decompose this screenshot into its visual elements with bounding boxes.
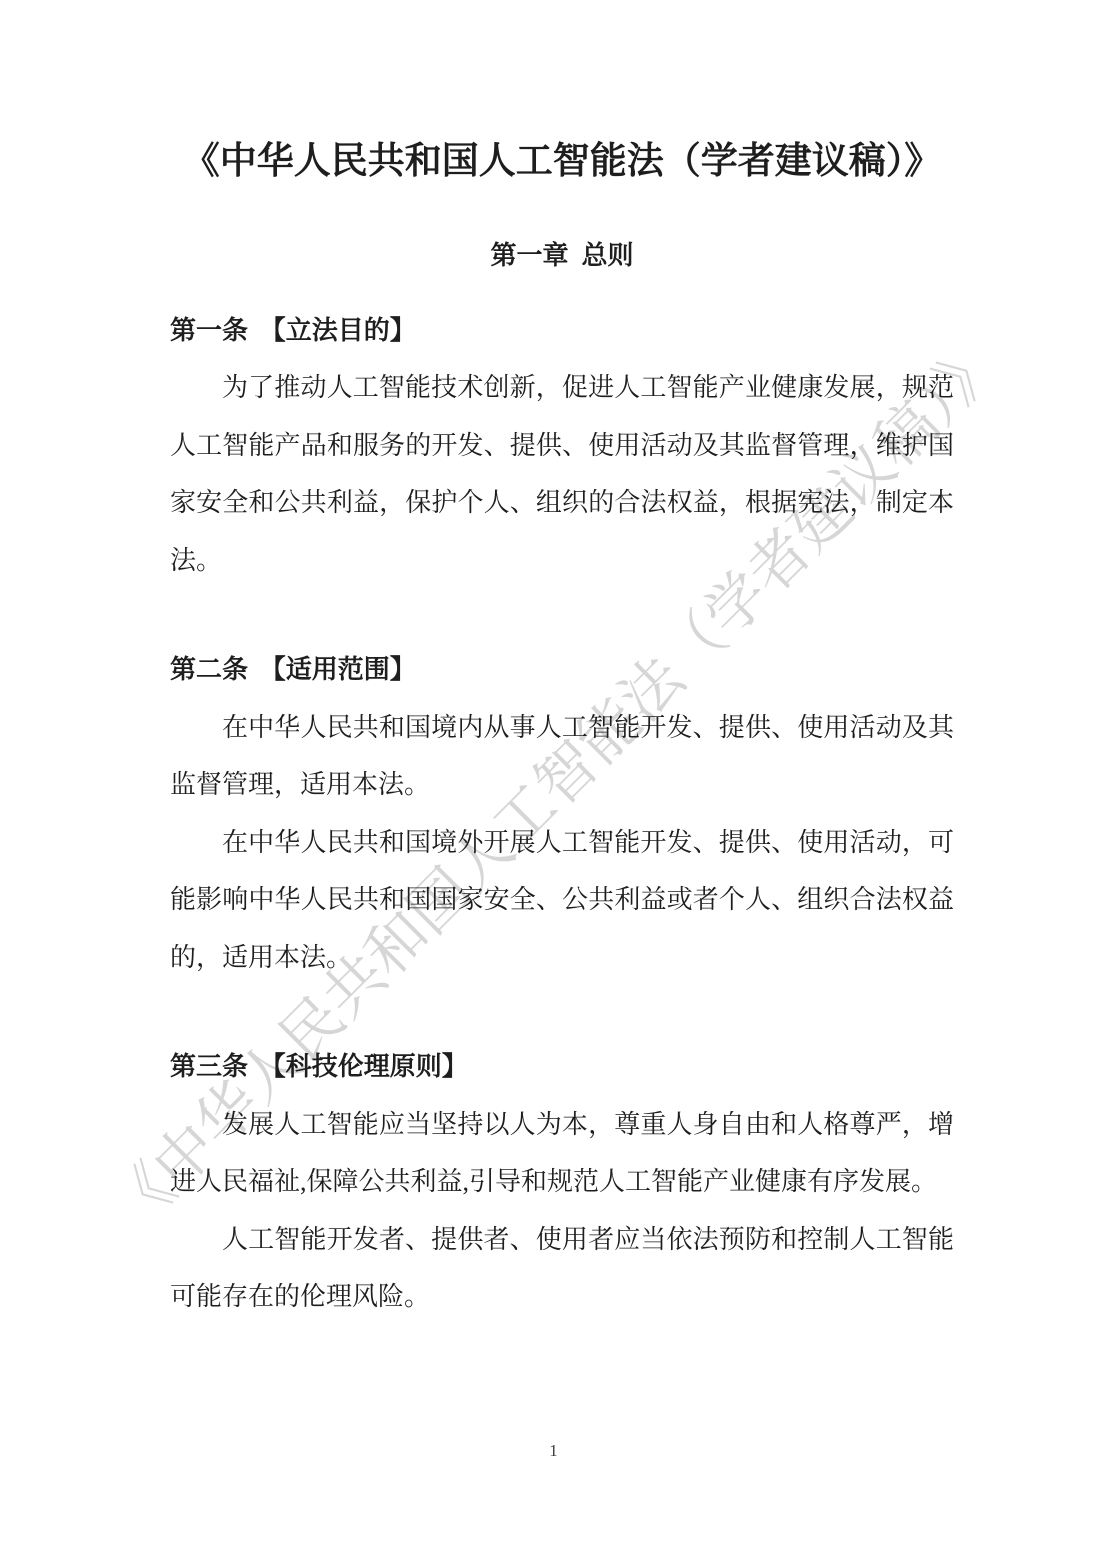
article: 第一条【立法目的】为了推动人工智能技术创新，促进人工智能产业健康发展，规范人工智… [170, 302, 954, 590]
article-paragraph: 在中华人民共和国境内从事人工智能开发、提供、使用活动及其监督管理，适用本法。 [170, 699, 954, 814]
document-title: 《中华人民共和国人工智能法（学者建议稿）》 [170, 132, 954, 192]
article-paragraph: 人工智能开发者、提供者、使用者应当依法预防和控制人工智能可能存在的伦理风险。 [170, 1211, 954, 1326]
article-number: 第二条 [170, 655, 248, 684]
chapter-heading: 第一章总则 [170, 227, 954, 285]
document-page: 《中华人民共和国人工智能法（学者建议稿）》 第一章总则 第一条【立法目的】为了推… [170, 0, 954, 1326]
chapter-name: 总则 [582, 241, 634, 270]
article-paragraph: 为了推动人工智能技术创新，促进人工智能产业健康发展，规范人工智能产品和服务的开发… [170, 359, 954, 589]
page-number: 1 [0, 1441, 1107, 1461]
article-number: 第三条 [170, 1052, 248, 1081]
article-heading: 第三条【科技伦理原则】 [170, 1038, 954, 1096]
article-paragraph: 在中华人民共和国境外开展人工智能开发、提供、使用活动，可能影响中华人民共和国国家… [170, 814, 954, 987]
article-heading: 第一条【立法目的】 [170, 302, 954, 360]
article-label: 【适用范围】 [260, 655, 416, 684]
articles: 第一条【立法目的】为了推动人工智能技术创新，促进人工智能产业健康发展，规范人工智… [170, 302, 954, 1326]
article-paragraph: 发展人工智能应当坚持以人为本，尊重人身自由和人格尊严，增进人民福祉,保障公共利益… [170, 1096, 954, 1211]
article-heading: 第二条【适用范围】 [170, 641, 954, 699]
article: 第三条【科技伦理原则】发展人工智能应当坚持以人为本，尊重人身自由和人格尊严，增进… [170, 1038, 954, 1326]
article-label: 【立法目的】 [260, 316, 416, 345]
article: 第二条【适用范围】在中华人民共和国境内从事人工智能开发、提供、使用活动及其监督管… [170, 641, 954, 986]
article-number: 第一条 [170, 316, 248, 345]
article-label: 【科技伦理原则】 [260, 1052, 468, 1081]
chapter-number: 第一章 [490, 241, 568, 270]
